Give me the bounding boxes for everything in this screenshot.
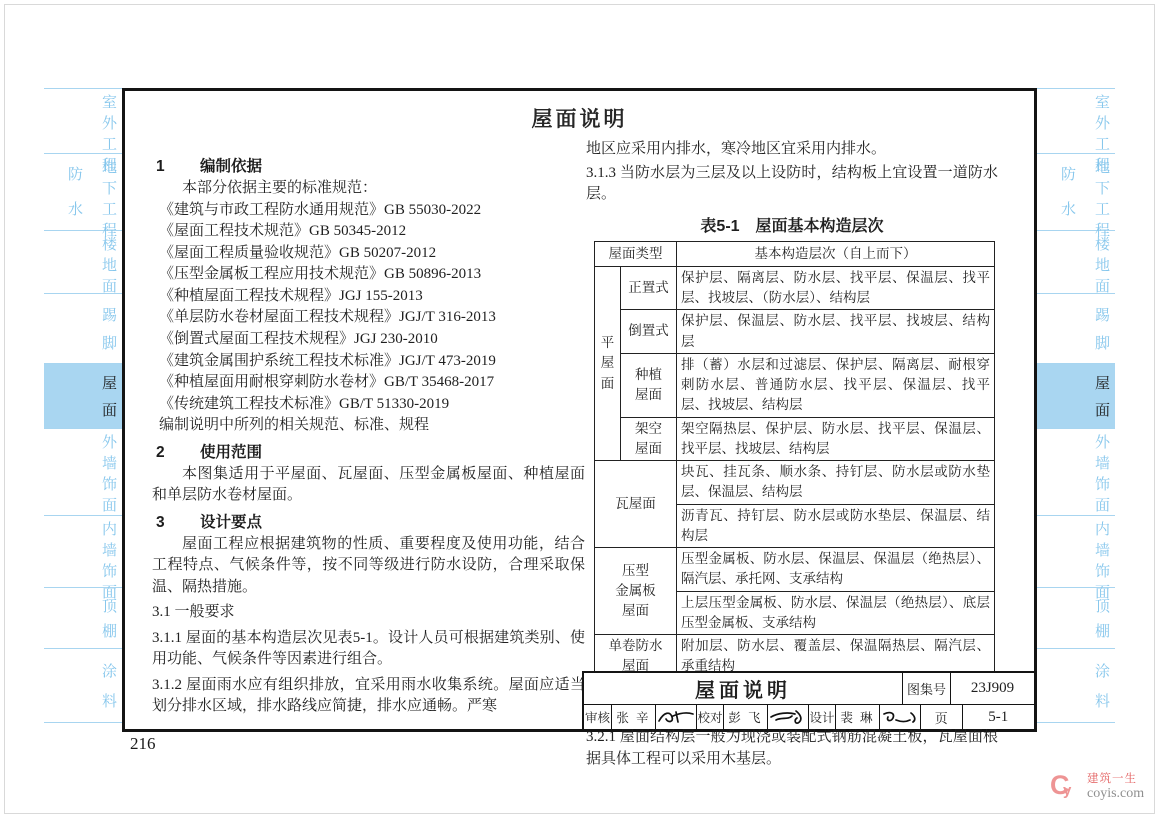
table-body: 平 屋 面正置式保护层、隔离层、防水层、找平层、保温层、找平层、找坡层、（防水层… <box>595 266 995 678</box>
table-row-flat-roof: 架空 屋面架空隔热层、保护层、防水层、找平层、保温层、找平层、找坡层、结构层 <box>595 417 995 461</box>
page-title: 屋面说明 <box>125 103 1034 133</box>
clause-3-1: 3.1 一般要求 <box>152 602 585 624</box>
watermark-text: 建筑一生 coyis.com <box>1087 773 1144 801</box>
sidebar-tab-floor: 楼地面 <box>44 231 122 294</box>
page-label: 页 <box>920 705 962 729</box>
atlas-number-label: 图集号 <box>902 673 950 704</box>
roof-subtype-cell: 正置式 <box>621 266 677 310</box>
sidebar-overlay-waterproofing: 防水 <box>1060 163 1077 219</box>
sidebar-tab-exterior-wall-finish: 外墙饰面 <box>1037 429 1115 516</box>
staff-role-label: 设计 <box>808 705 835 729</box>
title-block-title: 屋面说明 <box>584 673 902 704</box>
sidebar-tab-skirting: 踢脚 <box>44 294 122 364</box>
clause-3-1-2-continuation: 地区应采用内排水，寒冷地区宜采用内排水。 <box>586 139 998 161</box>
sidebar-left: 室外工程地下工程楼地面踢脚屋面外墙饰面内墙饰面顶棚涂料防水 <box>44 88 122 723</box>
roof-layers-table: 屋面类型 基本构造层次（自上而下） 平 屋 面正置式保护层、隔离层、防水层、找平… <box>594 241 995 679</box>
layers-cell: 上层压型金属板、防水层、保温层（绝热层）、底层压型金属板、支承结构 <box>677 591 995 635</box>
sidebar-tab-outdoor-engineering: 室外工程 <box>44 89 122 154</box>
standard-item: 《单层防水卷材屋面工程技术规程》JGJ/T 316-2013 <box>159 307 585 329</box>
standard-item: 《建筑金属围护系统工程技术标准》JGJ/T 473-2019 <box>159 351 585 373</box>
staff-role-label: 审核 <box>584 705 611 729</box>
standards-footer: 编制说明中所列的相关规范、标准、规程 <box>152 415 585 437</box>
staff-signature-icon <box>767 705 808 729</box>
section-2-body: 本图集适用于平屋面、瓦屋面、压型金属板屋面、种植屋面和单层防水卷材屋面。 <box>152 464 585 507</box>
sidebar-right: 室外工程地下工程楼地面踢脚屋面外墙饰面内墙饰面顶棚涂料防水 <box>1037 88 1115 723</box>
sidebar-tab-floor: 楼地面 <box>1037 231 1115 294</box>
staff-role-label: 校对 <box>696 705 723 729</box>
sidebar-tab-ceiling: 顶棚 <box>44 588 122 649</box>
table-header-layers: 基本构造层次（自上而下） <box>677 241 995 266</box>
page-number: 216 <box>130 734 156 754</box>
roof-subtype-cell: 架空 屋面 <box>621 417 677 461</box>
layers-cell: 排（蓄）水层和过滤层、保护层、隔离层、耐根穿刺防水层、普通防水层、找平层、保温层… <box>677 353 995 417</box>
roof-type-cell-flat-roof: 平 屋 面 <box>595 266 621 460</box>
title-block-row-1: 屋面说明 图集号 23J909 <box>584 673 1034 704</box>
sidebar-tab-roof: 屋面 <box>1037 364 1115 429</box>
section-2-number: 2 <box>152 444 200 462</box>
table-header-row: 屋面类型 基本构造层次（自上而下） <box>595 241 995 266</box>
title-block: 屋面说明 图集号 23J909 审核张 辛校对彭 飞设计裴 琳 页 5-1 <box>582 671 1034 729</box>
table-header-roof-type: 屋面类型 <box>595 241 677 266</box>
sidebar-overlay-waterproofing: 防水 <box>67 163 84 219</box>
content-frame: 屋面说明 1编制依据 本部分依据主要的标准规范： 《建筑与市政工程防水通用规范》… <box>122 88 1037 732</box>
section-1-intro: 本部分依据主要的标准规范： <box>152 178 585 200</box>
atlas-number-value: 23J909 <box>950 673 1034 704</box>
table-row-flat-roof: 倒置式保护层、保温层、防水层、找平层、找坡层、结构层 <box>595 310 995 354</box>
sidebar-tab-coating: 涂料 <box>44 649 122 723</box>
roof-type-cell-tile-roof: 瓦屋面 <box>595 461 677 548</box>
layers-cell: 沥青瓦、持钉层、防水层或防水垫层、保温层、结构层 <box>677 504 995 548</box>
standard-item: 《压型金属板工程应用技术规范》GB 50896-2013 <box>159 264 585 286</box>
watermark: C y 建筑一生 coyis.com <box>1050 772 1144 802</box>
left-column: 1编制依据 本部分依据主要的标准规范： 《建筑与市政工程防水通用规范》GB 55… <box>152 151 585 718</box>
section-1-number: 1 <box>152 158 200 176</box>
standard-item: 《种植屋面用耐根穿刺防水卷材》GB/T 35468-2017 <box>159 372 585 394</box>
section-1-heading: 1编制依据 <box>152 154 585 176</box>
clause-3-1-2: 3.1.2 屋面雨水应有组织排放，宜采用雨水收集系统。屋面应适当划分排水区域，排… <box>152 675 585 718</box>
section-3-body: 屋面工程应根据建筑物的性质、重要程度及使用功能，结合工程特点、气候条件等，按不同… <box>152 534 585 599</box>
sidebar-tab-outdoor-engineering: 室外工程 <box>1037 89 1115 154</box>
standard-item: 《建筑与市政工程防水通用规范》GB 55030-2022 <box>159 200 585 222</box>
sidebar-tab-ceiling: 顶棚 <box>1037 588 1115 649</box>
table-row-flat-roof: 种植 屋面排（蓄）水层和过滤层、保护层、隔离层、耐根穿刺防水层、普通防水层、找平… <box>595 353 995 417</box>
table-row-flat-roof: 平 屋 面正置式保护层、隔离层、防水层、找平层、保温层、找平层、找坡层、（防水层… <box>595 266 995 310</box>
standard-item: 《倒置式屋面工程技术规程》JGJ 230-2010 <box>159 329 585 351</box>
section-2-heading: 2使用范围 <box>152 440 585 462</box>
coyis-logo-icon: C y <box>1050 772 1082 802</box>
titleblock-staff-row: 审核张 辛校对彭 飞设计裴 琳 <box>584 705 920 729</box>
layers-cell: 保护层、隔离层、防水层、找平层、保温层、找平层、找坡层、（防水层）、结构层 <box>677 266 995 310</box>
section-3-heading: 3设计要点 <box>152 510 585 532</box>
standard-item: 《种植屋面工程技术规程》JGJ 155-2013 <box>159 286 585 308</box>
staff-name: 张 辛 <box>611 705 655 729</box>
sidebar-tab-skirting: 踢脚 <box>1037 294 1115 364</box>
clause-3-2-1: 3.2.1 屋面结构层一般为现浇或装配式钢筋混凝土板，瓦屋面根据具体工程可以采用… <box>586 727 998 770</box>
layers-cell: 块瓦、挂瓦条、顺水条、持钉层、防水层或防水垫层、保温层、结构层 <box>677 461 995 505</box>
standard-item: 《屋面工程质量验收规范》GB 50207-2012 <box>159 243 585 265</box>
sidebar-tab-coating: 涂料 <box>1037 649 1115 723</box>
staff-signature-icon <box>879 705 920 729</box>
standards-list: 《建筑与市政工程防水通用规范》GB 55030-2022《屋面工程技术规范》GB… <box>152 200 585 416</box>
page-value: 5-1 <box>962 705 1035 729</box>
roof-subtype-cell: 种植 屋面 <box>621 353 677 417</box>
sidebar-tab-exterior-wall-finish: 外墙饰面 <box>44 429 122 516</box>
staff-signature-icon <box>655 705 696 729</box>
table-caption: 表5-1 屋面基本构造层次 <box>586 213 998 236</box>
table-row-profiled-metal-roof: 压型 金属板 屋面压型金属板、防水层、保温层、保温层（绝热层）、隔汽层、承托网、… <box>595 548 995 592</box>
standard-item: 《屋面工程技术规范》GB 50345-2012 <box>159 221 585 243</box>
sidebar-tab-interior-wall-finish: 内墙饰面 <box>44 516 122 588</box>
roof-type-cell-profiled-metal-roof: 压型 金属板 屋面 <box>595 548 677 635</box>
roof-subtype-cell: 倒置式 <box>621 310 677 354</box>
staff-name: 裴 琳 <box>835 705 879 729</box>
staff-name: 彭 飞 <box>723 705 767 729</box>
layers-cell: 架空隔热层、保护层、防水层、找平层、保温层、找平层、找坡层、结构层 <box>677 417 995 461</box>
title-block-row-2: 审核张 辛校对彭 飞设计裴 琳 页 5-1 <box>584 704 1034 729</box>
sidebar-tab-interior-wall-finish: 内墙饰面 <box>1037 516 1115 588</box>
sidebar-tab-roof: 屋面 <box>44 364 122 429</box>
watermark-site-url: coyis.com <box>1087 786 1144 801</box>
section-3-number: 3 <box>152 514 200 532</box>
table-row-tile-roof: 瓦屋面块瓦、挂瓦条、顺水条、持钉层、防水层或防水垫层、保温层、结构层 <box>595 461 995 505</box>
clause-3-1-1: 3.1.1 屋面的基本构造层次见表5-1。设计人员可根据建筑类别、使用功能、气候… <box>152 628 585 671</box>
watermark-site-name: 建筑一生 <box>1087 773 1144 786</box>
standard-item: 《传统建筑工程技术标准》GB/T 51330-2019 <box>159 394 585 416</box>
layers-cell: 保护层、保温层、防水层、找平层、找坡层、结构层 <box>677 310 995 354</box>
clause-3-1-3: 3.1.3 当防水层为三层及以上设防时，结构板上宜设置一道防水层。 <box>586 163 998 206</box>
layers-cell: 压型金属板、防水层、保温层、保温层（绝热层）、隔汽层、承托网、支承结构 <box>677 548 995 592</box>
